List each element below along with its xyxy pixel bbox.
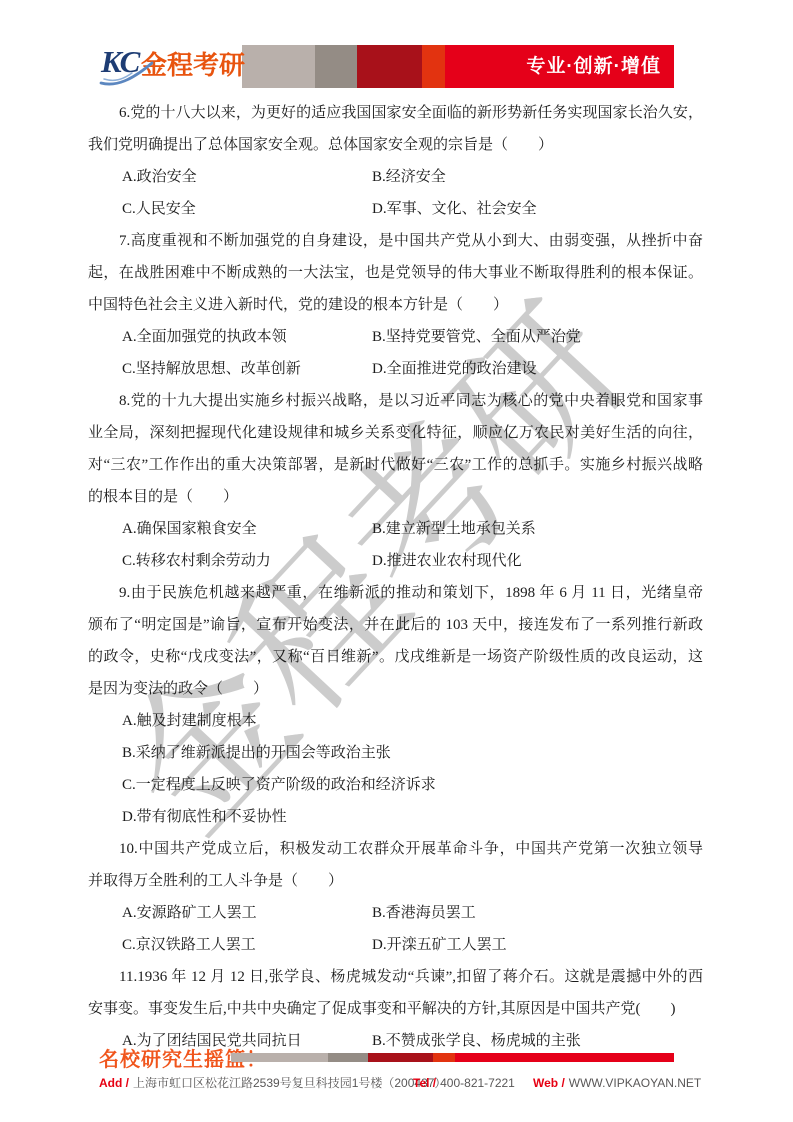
option: A.触及封建制度根本 [122, 713, 257, 729]
header-bar-segment-darkred [357, 45, 422, 88]
question-8-text-line: 对“三农”工作作出的重大决策部署，是新时代做好“三农”工作的总抓手。实施乡村振兴… [88, 449, 703, 481]
question-8-text-line: 业全局，深刻把握现代化建设规律和城乡关系变化特征，顺应亿万农民对美好生活的向往， [88, 417, 703, 449]
question-9-option-row: C.一定程度上反映了资产阶级的政治和经济诉求 [88, 769, 703, 801]
question-10-text-line: 10.中国共产党成立后，积极发动工农群众开展革命斗争，中国共产党第一次独立领导 [88, 833, 703, 865]
option: A.政治安全 [122, 161, 372, 193]
header-slogan: 专业·创新·增值 [526, 45, 674, 88]
question-10-option-row: C.京汉铁路工人罢工D.开滦五矿工人罢工 [88, 929, 703, 961]
logo-swoosh-icon [98, 60, 156, 86]
option: B.经济安全 [372, 169, 446, 185]
option: D.开滦五矿工人罢工 [372, 937, 507, 953]
option: A.确保国家粮食安全 [122, 513, 372, 545]
footer-bar [231, 1053, 674, 1062]
question-7-text-line: 7.高度重视和不断加强党的自身建设，是中国共产党从小到大、由弱变强，从挫折中奋 [88, 225, 703, 257]
question-6: 6.党的十八大以来，为更好的适应我国国家安全面临的新形势新任务实现国家长治久安，… [88, 97, 703, 225]
header-bar-segment-red: 专业·创新·增值 [445, 45, 674, 88]
question-9-option-row: A.触及封建制度根本 [88, 705, 703, 737]
footer-address: Add /上海市虹口区松花江路2539号复旦科技园1号楼（200437） [99, 1075, 446, 1091]
page-header: KC 金程考研 专业·创新·增值 [0, 0, 793, 95]
question-9-option-row: B.采纳了维新派提出的开国会等政治主张 [88, 737, 703, 769]
header-bar: 专业·创新·增值 [242, 45, 674, 88]
question-9-text-line: 是因为变法的政令（ ） [88, 673, 703, 705]
questions-area: 6.党的十八大以来，为更好的适应我国国家安全面临的新形势新任务实现国家长治久安，… [88, 97, 703, 1057]
footer-address-label: Add / [99, 1076, 129, 1090]
question-9: 9.由于民族危机越来越严重，在维新派的推动和策划下，1898 年 6 月 11 … [88, 577, 703, 833]
question-11-text-line: 11.1936 年 12 月 12 日,张学良、杨虎城发动“兵谏”,扣留了蒋介石… [88, 961, 703, 993]
logo-text: 金程考研 [141, 51, 245, 79]
option: D.带有彻底性和不妥协性 [122, 809, 287, 825]
question-9-text-line: 颁布了“明定国是”谕旨，宣布开始变法，并在此后的 103 天中，接连发布了一系列… [88, 609, 703, 641]
question-10-option-row: A.安源路矿工人罢工B.香港海员罢工 [88, 897, 703, 929]
option: B.香港海员罢工 [372, 905, 476, 921]
question-8-option-row: C.转移农村剩余劳动力D.推进农业农村现代化 [88, 545, 703, 577]
question-8-text-line: 的根本目的是（ ） [88, 481, 703, 513]
footer-bar-segment-orange [433, 1053, 455, 1062]
footer-web-label: Web / [533, 1076, 565, 1090]
question-9-text-line: 的政令，史称“戊戌变法”，又称“百日维新”。戊戌维新是一场资产阶级性质的改良运动… [88, 641, 703, 673]
question-6-option-row: A.政治安全B.经济安全 [88, 161, 703, 193]
option: C.京汉铁路工人罢工 [122, 929, 372, 961]
footer-web: Web /WWW.VIPKAOYAN.NET [533, 1075, 701, 1091]
question-7-text-line: 中国特色社会主义进入新时代，党的建设的根本方针是（ ） [88, 289, 703, 321]
question-8-text-line: 8.党的十九大提出实施乡村振兴战略，是以习近平同志为核心的党中央着眼党和国家事 [88, 385, 703, 417]
header-bar-segment-orange [422, 45, 445, 88]
footer-bar-segment-midgray [328, 1053, 368, 1062]
option: C.人民安全 [122, 193, 372, 225]
question-7-option-row: A.全面加强党的执政本领B.坚持党要管党、全面从严治党 [88, 321, 703, 353]
question-7: 7.高度重视和不断加强党的自身建设，是中国共产党从小到大、由弱变强，从挫折中奋起… [88, 225, 703, 385]
header-bar-segment-midgray [315, 45, 357, 88]
option: B.建立新型土地承包关系 [372, 521, 536, 537]
footer-bar-segment-darkred [368, 1053, 433, 1062]
footer-address-value: 上海市虹口区松花江路2539号复旦科技园1号楼（200437） [133, 1076, 446, 1090]
question-8: 8.党的十九大提出实施乡村振兴战略，是以习近平同志为核心的党中央着眼党和国家事业… [88, 385, 703, 577]
page-footer: 名校研究生摇篮！ Add /上海市虹口区松花江路2539号复旦科技园1号楼（20… [0, 1040, 793, 1122]
option: D.全面推进党的政治建设 [372, 361, 537, 377]
footer-tel-label: Tel / [413, 1076, 436, 1090]
option: B.坚持党要管党、全面从严治党 [372, 329, 581, 345]
question-9-option-row: D.带有彻底性和不妥协性 [88, 801, 703, 833]
footer-bar-segment-red [455, 1053, 674, 1062]
question-11-text-line: 安事变。事变发生后,中共中央确定了促成事变和平解决的方针,其原因是中国共产党( … [88, 993, 703, 1025]
footer-tel: Tel /400-821-7221 [413, 1075, 515, 1091]
footer-tel-value: 400-821-7221 [440, 1076, 515, 1090]
footer-bar-segment-lightgray [231, 1053, 328, 1062]
question-7-option-row: C.坚持解放思想、改革创新D.全面推进党的政治建设 [88, 353, 703, 385]
option: D.军事、文化、社会安全 [372, 201, 537, 217]
option: C.一定程度上反映了资产阶级的政治和经济诉求 [122, 777, 436, 793]
question-7-text-line: 起，在战胜困难中不断成熟的一大法宝，也是党领导的伟大事业不断取得胜利的根本保证。 [88, 257, 703, 289]
question-10-text-line: 并取得万全胜利的工人斗争是（ ） [88, 865, 703, 897]
question-6-text-line: 6.党的十八大以来，为更好的适应我国国家安全面临的新形势新任务实现国家长治久安， [88, 97, 703, 129]
footer-web-value: WWW.VIPKAOYAN.NET [569, 1076, 701, 1090]
option: A.安源路矿工人罢工 [122, 897, 372, 929]
option: A.全面加强党的执政本领 [122, 321, 372, 353]
question-6-text-line: 我们党明确提出了总体国家安全观。总体国家安全观的宗旨是（ ） [88, 129, 703, 161]
option: D.推进农业农村现代化 [372, 553, 522, 569]
option: B.采纳了维新派提出的开国会等政治主张 [122, 745, 391, 761]
question-9-text-line: 9.由于民族危机越来越严重，在维新派的推动和策划下，1898 年 6 月 11 … [88, 577, 703, 609]
option: C.坚持解放思想、改革创新 [122, 353, 372, 385]
question-8-option-row: A.确保国家粮食安全B.建立新型土地承包关系 [88, 513, 703, 545]
question-10: 10.中国共产党成立后，积极发动工农群众开展革命斗争，中国共产党第一次独立领导并… [88, 833, 703, 961]
option: C.转移农村剩余劳动力 [122, 545, 372, 577]
header-bar-segment-lightgray [242, 45, 315, 88]
exam-page: 金程考研 KC 金程考研 专业·创新·增值 6.党的十八大以来，为更好的适应我国… [0, 0, 793, 1122]
question-6-option-row: C.人民安全D.军事、文化、社会安全 [88, 193, 703, 225]
